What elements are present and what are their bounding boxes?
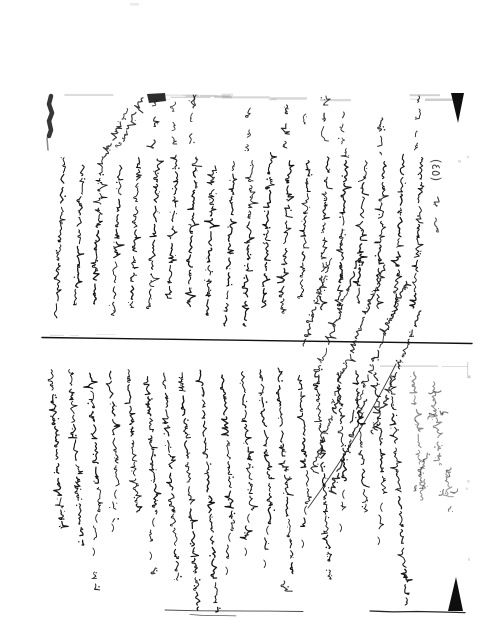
bottom-edge-strokes — [165, 610, 465, 616]
diagonal-margin-note-upper-left — [100, 96, 149, 159]
corner-fold-mark-bottom-right — [448, 577, 463, 611]
scanned-manuscript-page: (٤٥) — [0, 0, 480, 640]
manuscript-scan-canvas — [0, 0, 480, 640]
folio-number-badge: (٤٥) — [416, 150, 456, 190]
diagonal-margin-note-right — [411, 390, 461, 512]
lower-page-text-block — [48, 368, 442, 612]
upper-page-text-block — [54, 95, 424, 326]
binding-edge-mark-left — [47, 93, 166, 150]
corner-fold-mark-top-right — [451, 93, 464, 123]
scan-edge-artifacts — [50, 3, 471, 561]
